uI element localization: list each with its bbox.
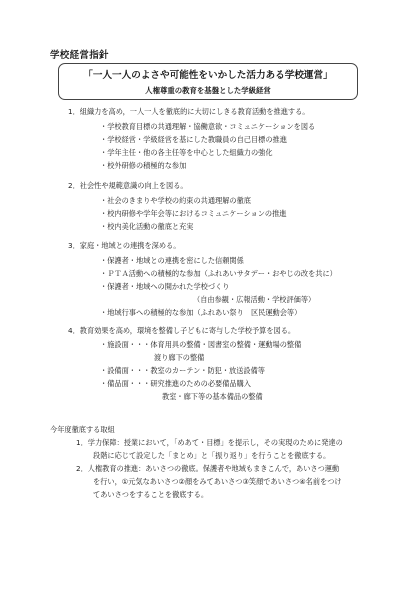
- section-4-item: ・設備面・・・教室のカーテン・防犯・放送設備等: [100, 366, 265, 376]
- section-1-item: ・学年主任・他の各主任等を中心とした組織力の強化: [100, 148, 273, 158]
- section-2-item: ・校内研修や学年会等におけるコミュニケーションの推進: [100, 209, 286, 219]
- section-4-item: ・施設面・・・体育用具の整備・図書室の整備・運動場の整備: [100, 340, 301, 350]
- motto-sub: 人権尊重の教育を基盤とした学級経営: [59, 85, 357, 96]
- section-2-heading: 2．社会性や規範意識の向上を図る。: [68, 181, 188, 191]
- section-4-item: 渡り廊下の整備: [154, 353, 204, 363]
- section-3-item: ・保護者・地域への開かれた学校づくり: [100, 282, 229, 292]
- this-year-item-2-line: てあいさつをすることを徹底する。: [93, 490, 208, 500]
- section-3-item: ・保護者・地域との連携を密にした信頼関係: [100, 256, 244, 266]
- this-year-item-1-line: 段階に応じて設定した「まとめ」と「振り返り」を行うことを徹底する。: [93, 451, 330, 461]
- section-1-item: ・学校経営・学級経営を基にした教職員の自己目標の推進: [100, 135, 287, 145]
- section-3-heading: 3．家庭・地域との連携を深める。: [68, 241, 180, 251]
- section-2-item: ・社会のきまりや学校の約束の共通理解の徹底: [100, 196, 251, 206]
- section-4-heading: 4．教育効果を高め，環境を整備し子どもに寄与した学校予算を図る。: [68, 326, 295, 336]
- section-3-item: ・ＰＴＡ活動への積極的な参加（ふれあいサタデー・おやじの改を共に）: [100, 269, 337, 279]
- motto-box: 「一人一人のよさや可能性をいかした活力ある学校運営」 人権尊重の教育を基盤とした…: [58, 63, 358, 100]
- section-4-item: ・備品面・・・研究推進のための必要備品購入: [100, 379, 251, 389]
- section-2-item: ・校内美化活動の徹底と充実: [100, 222, 193, 232]
- section-3-item: （自由参観・広報活動・学校評価等）: [193, 295, 315, 305]
- section-1-heading: 1．組織力を高め，一人一人を徹底的に大切にしきる教育活動を推進する。: [68, 107, 309, 117]
- document-title: 学校経営指針: [50, 47, 109, 61]
- this-year-item-2-line: 2．人権教育の推進：あいさつの徹底。保護者や地域もまきこんで，あいさつ運動: [76, 464, 339, 474]
- section-1-item: ・校外研修の積極的な参加: [100, 161, 186, 171]
- this-year-heading: 今年度徹底する取組: [50, 425, 115, 435]
- document-page: 学校経営指針 「一人一人のよさや可能性をいかした活力ある学校運営」 人権尊重の教…: [0, 0, 420, 594]
- this-year-item-2-line: を行い，①元気なあいさつ②顔をみてあいさつ③笑顔であいさつ④名前をつけ: [93, 477, 342, 487]
- section-3-item: ・地域行事への積極的な参加（ふれあい祭り 区民運動会等）: [100, 308, 301, 318]
- motto-main: 「一人一人のよさや可能性をいかした活力ある学校運営」: [59, 67, 357, 81]
- section-1-item: ・学校教育目標の共通理解・協働意欲・コミュニケーションを図る: [100, 122, 315, 132]
- this-year-item-1-line: 1．学力保障：授業において，「めあて・目標」を提示し，その実現のために発達の: [76, 438, 343, 448]
- section-4-item: 教室・廊下等の基本備品の整備: [162, 392, 263, 402]
